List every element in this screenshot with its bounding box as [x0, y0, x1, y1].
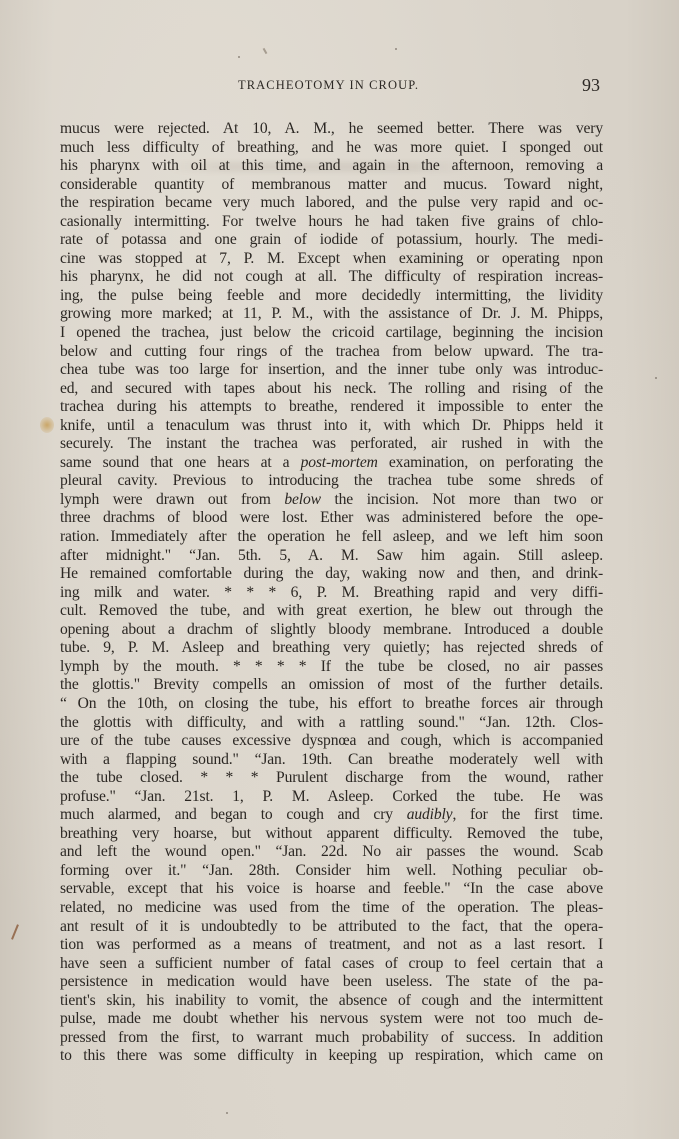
text-line: pulse, made me doubt whether his nervous… — [60, 1010, 603, 1029]
running-head: TRACHEOTOMY IN CROUP. 93 — [0, 78, 679, 98]
text-line: “ On the 10th, on closing the tube, his … — [60, 695, 603, 714]
paper-mark — [263, 48, 268, 54]
text-line: cine was stopped at 7, P. M. Except when… — [60, 250, 603, 269]
text-line: ing milk and water. * * * 6, P. M. Breat… — [60, 584, 603, 603]
text-line: much less difficulty of breathing, and h… — [60, 139, 603, 158]
text-line: opening about a drachm of slightly blood… — [60, 621, 603, 640]
text-line: ure of the tube causes excessive dyspnœa… — [60, 732, 603, 751]
running-title: TRACHEOTOMY IN CROUP. — [238, 78, 419, 93]
text-line: to this there was some difficulty in kee… — [60, 1047, 603, 1066]
text-line: considerable quantity of membranous matt… — [60, 176, 603, 195]
text-line: much alarmed, and began to cough and cry… — [60, 806, 603, 825]
text-line: cult. Removed the tube, and with great e… — [60, 602, 603, 621]
text-line: three drachms of blood were lost. Ether … — [60, 509, 603, 528]
text-line: the respiration became very much labored… — [60, 194, 603, 213]
pencil-mark — [11, 924, 19, 940]
italic-term: audibly — [407, 806, 453, 823]
text-line: have seen a sufficient number of fatal c… — [60, 955, 603, 974]
text-line: breathing very hoarse, but without appar… — [60, 825, 603, 844]
paper-speck — [395, 48, 397, 50]
text-line: related, no medicine was used from the t… — [60, 899, 603, 918]
text-line: ration. Immediately after the operation … — [60, 528, 603, 547]
page-number: 93 — [582, 75, 600, 96]
paper-speck — [655, 377, 657, 379]
text-line: casionally intermitting. For twelve hour… — [60, 213, 603, 232]
text-line: tube. 9, P. M. Asleep and breathing very… — [60, 639, 603, 658]
text-line: knife, until a tenaculum was thrust into… — [60, 417, 603, 436]
text-line: ant result of it is undoubtedly to be at… — [60, 918, 603, 937]
text-line: his pharynx, he did not cough at all. Th… — [60, 268, 603, 287]
text-line: ing, the pulse being feeble and more dec… — [60, 287, 603, 306]
text-line: below and cutting four rings of the trac… — [60, 343, 603, 362]
body-text: mucus were rejected. At 10, A. M., he se… — [60, 120, 603, 1066]
text-line: tient's skin, his inability to vomit, th… — [60, 992, 603, 1011]
book-page: TRACHEOTOMY IN CROUP. 93 mucus were reje… — [0, 0, 679, 1139]
text-line: pressed from the first, to warrant much … — [60, 1029, 603, 1048]
text-line: with a flapping sound." “Jan. 19th. Can … — [60, 751, 603, 770]
text-line: his pharynx with oil at this time, and a… — [60, 157, 603, 176]
text-line: profuse." “Jan. 21st. 1, P. M. Asleep. C… — [60, 788, 603, 807]
text-line: He remained comfortable during the day, … — [60, 565, 603, 584]
text-line: lymph by the mouth. * * * * If the tube … — [60, 658, 603, 677]
text-line: the glottis." Brevity compells an omissi… — [60, 676, 603, 695]
text-line: forming over it." “Jan. 28th. Consider h… — [60, 862, 603, 881]
text-line: the glottis with difficulty, and with a … — [60, 714, 603, 733]
text-line: same sound that one hears at a post-mort… — [60, 454, 603, 473]
text-line: persistence in medication would have bee… — [60, 973, 603, 992]
text-line: lymph were drawn out from below the inci… — [60, 491, 603, 510]
text-line: tion was performed as a means of treatme… — [60, 936, 603, 955]
text-line: chea tube was too large for insertion, a… — [60, 361, 603, 380]
text-line: ed, and secured with tapes about his nec… — [60, 380, 603, 399]
text-line: the tube closed. * * * Purulent discharg… — [60, 769, 603, 788]
paper-speck — [226, 1112, 228, 1114]
text-line: pleural cavity. Previous to introducing … — [60, 472, 603, 491]
text-line: rate of potassa and one grain of iodide … — [60, 231, 603, 250]
text-line: I opened the trachea, just below the cri… — [60, 324, 603, 343]
foxing-stain — [40, 417, 54, 433]
text-line: and left the wound open." “Jan. 22d. No … — [60, 843, 603, 862]
italic-term: below — [284, 491, 321, 508]
text-line: securely. The instant the trachea was pe… — [60, 435, 603, 454]
paper-speck — [238, 56, 240, 58]
italic-term: post-mortem — [301, 454, 378, 471]
text-line: mucus were rejected. At 10, A. M., he se… — [60, 120, 603, 139]
text-line: servable, except that his voice is hoars… — [60, 880, 603, 899]
text-line: growing more marked; at 11, P. M., with … — [60, 305, 603, 324]
text-line: trachea during his attempts to breathe, … — [60, 398, 603, 417]
text-line: after midnight." “Jan. 5th. 5, A. M. Saw… — [60, 547, 603, 566]
